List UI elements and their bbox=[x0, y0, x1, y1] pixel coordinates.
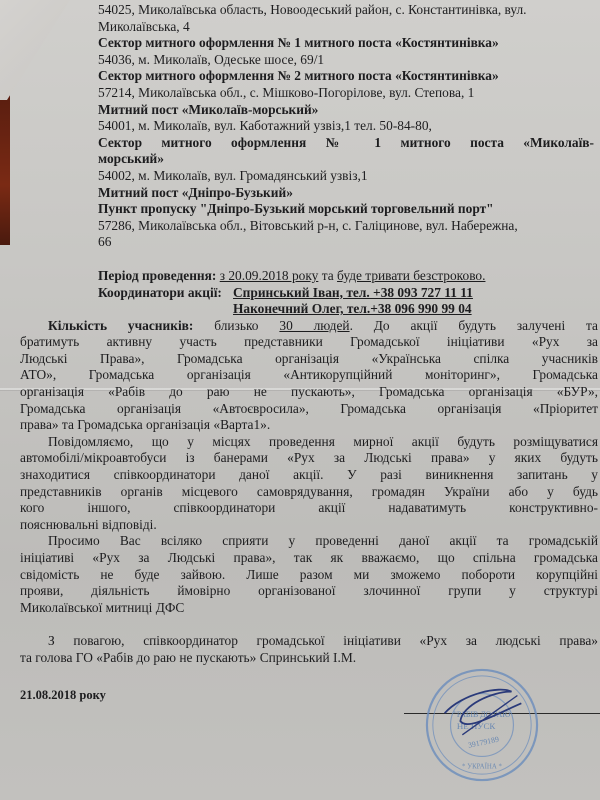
address-line: морський» bbox=[98, 151, 598, 168]
svg-text:* УКРАЇНА *: * УКРАЇНА * bbox=[462, 763, 502, 770]
notice-line: кого іншого, співкоординатори акції нада… bbox=[20, 500, 598, 517]
period-from: з 20.09.2018 року bbox=[220, 268, 319, 283]
address-line: Митний пост «Миколаїв-морський» bbox=[98, 102, 598, 119]
coordinator-1: Спринський Іван, тел. +38 093 727 11 11 bbox=[233, 285, 473, 302]
closing-line: З повагою, співкоординатор громадської і… bbox=[20, 633, 598, 650]
request-line: свідомість не буде зайвою. Лише разом ми… bbox=[20, 567, 598, 584]
participants-approx: близько bbox=[214, 318, 258, 333]
address-line: Пункт пропуску "Дніпро-Бузький морський … bbox=[98, 201, 598, 218]
organization-stamp-icon: "РАБІВ ДО РАЮ НЕ ПУСК 39179189 * УКРАЇНА… bbox=[423, 666, 541, 784]
participants-count: 30 людей bbox=[279, 318, 349, 333]
address-line: 57286, Миколаївська обл., Вітовський р-н… bbox=[98, 218, 598, 235]
part-line: права» та Громадська організація «Варта1… bbox=[20, 417, 598, 434]
part-line: організація «Рабів до раю не пускають», … bbox=[20, 384, 598, 401]
address-line: 54001, м. Миколаїв, вул. Каботажний узві… bbox=[98, 118, 598, 135]
period-connector: та bbox=[322, 268, 334, 283]
address-line: 54025, Миколаївська область, Новоодеськи… bbox=[98, 2, 598, 19]
closing-block: З повагою, співкоординатор громадської і… bbox=[20, 633, 598, 666]
address-list: 54025, Миколаївська область, Новоодеськи… bbox=[98, 2, 598, 251]
address-line: Митний пост «Дніпро-Бузький» bbox=[98, 185, 598, 202]
coordinators-label: Координатори акції: bbox=[98, 285, 233, 302]
address-line: 54036, м. Миколаїв, Одеське шосе, 69/1 bbox=[98, 52, 598, 69]
notice-line: автомобілі/мікроавтобуси із банерами «Ру… bbox=[20, 450, 598, 467]
part-line: АТО», Громадська організація «Антикорупц… bbox=[20, 367, 598, 384]
participants-text: . До акції будуть залучені та bbox=[350, 318, 598, 333]
part-line: Громадська організація «Автоєвросила», Г… bbox=[20, 401, 598, 418]
participants-paragraph: братимуть активну участь представники Гр… bbox=[20, 334, 598, 434]
request-line: прояви, діяльність ймовірно організовано… bbox=[20, 583, 598, 600]
participants-label: Кількість учасників: bbox=[48, 318, 193, 333]
request-line: Просимо Вас всіляко сприяти у проведенні… bbox=[20, 533, 598, 550]
notice-line: представників органів місцевого самовряд… bbox=[20, 484, 598, 501]
svg-text:39179189: 39179189 bbox=[467, 735, 500, 750]
address-line: 66 bbox=[98, 234, 598, 251]
part-line: братимуть активну участь представники Гр… bbox=[20, 334, 598, 351]
request-paragraph: Просимо Вас всіляко сприяти у проведенні… bbox=[20, 533, 598, 616]
coordinator-2: Наконечний Олег, тел.+38 096 990 99 04 bbox=[233, 301, 472, 318]
participants-line-1: Кількість учасників: близько 30 людей. Д… bbox=[20, 318, 598, 335]
address-line: 54002, м. Миколаїв, вул. Громадянський у… bbox=[98, 168, 598, 185]
notice-line: Повідомляємо, що у місцях проведення мир… bbox=[20, 434, 598, 451]
notice-line: знаходитися співкоординатори даної акції… bbox=[20, 467, 598, 484]
address-line: Сектор митного оформлення № 2 митного по… bbox=[98, 68, 598, 85]
coordinators-row-2: Наконечний Олег, тел.+38 096 990 99 04 bbox=[98, 301, 598, 318]
wooden-surface bbox=[0, 95, 10, 245]
document-body: 54025, Миколаївська область, Новоодеськи… bbox=[98, 2, 598, 703]
period-label: Період проведення: bbox=[98, 268, 216, 283]
period-line: Період проведення: з 20.09.2018 року та … bbox=[98, 268, 598, 285]
part-line: Людські Права», Громадська організація «… bbox=[20, 351, 598, 368]
closing-line: та голова ГО «Рабів до раю не пускають» … bbox=[20, 650, 598, 667]
address-line: 57214, Миколаївська обл., с. Мішково-Пог… bbox=[98, 85, 598, 102]
notice-line: пояснювальні відповіді. bbox=[20, 517, 598, 534]
coordinators-row: Координатори акції: Спринський Іван, тел… bbox=[98, 285, 598, 302]
request-line: ініціативі «Рух за Людські права», так я… bbox=[20, 550, 598, 567]
address-line: Сектор митного оформлення № 1 митного по… bbox=[98, 35, 598, 52]
period-duration: буде тривати безстроково. bbox=[337, 268, 485, 283]
address-line: Миколаївська, 4 bbox=[98, 19, 598, 36]
address-line: Сектор митного оформлення № 1 митного по… bbox=[98, 135, 594, 152]
notice-paragraph: Повідомляємо, що у місцях проведення мир… bbox=[20, 434, 598, 534]
request-line: Миколаївської митниці ДФС bbox=[20, 600, 598, 617]
